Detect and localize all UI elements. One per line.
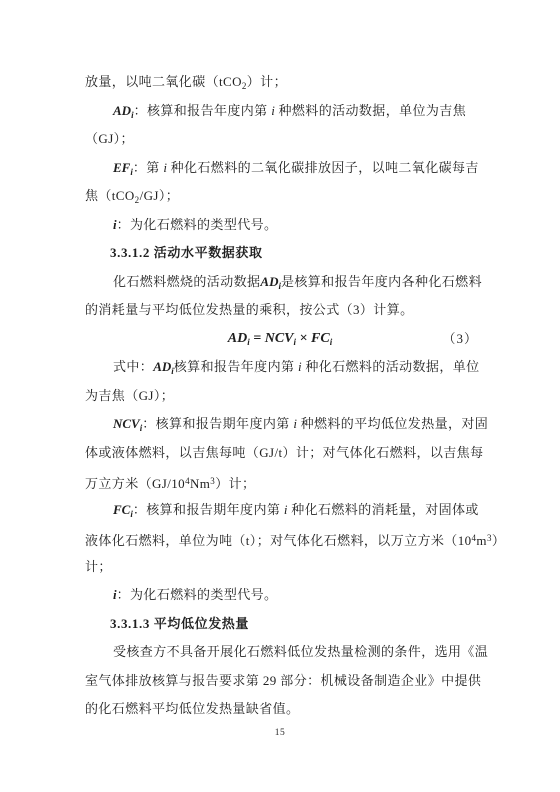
text-segment: 种燃料的活动数据，单位为吉焦 [275,103,466,118]
text-segment: 种燃料的平均低位发热量，对固 [297,416,488,431]
text-segment: FC [113,502,130,517]
text-segment: 体或液体燃料，以吉焦每吨（GJ/t）计；对气体化石燃料，以吉焦每 [85,445,483,460]
text-segment: AD [260,274,278,289]
paragraph-line: （GJ）； [0,125,560,154]
text-segment: 液体化石燃料，单位为吨（t）；对气体化石燃料，以万立方米（10 [85,533,472,548]
text-segment: 放量，以吨二氧化碳（tCO [85,74,242,89]
section-heading: 3.3.1.2 活动水平数据获取 [0,239,560,268]
text-segment: /GJ）； [140,188,180,203]
text-segment: 受核查方不具备开展化石燃料低位发热量检测的条件，选用《温 [113,644,488,659]
text-segment: 计； [85,559,112,574]
text-segment: = [250,331,265,346]
text-segment: ：核算和报告期年度内第 [133,502,284,517]
paragraph-line: i：为化石燃料的类型代号。 [0,581,560,610]
text-segment: ：核算和报告期年度内第 [142,416,293,431]
text-segment: 焦（tCO [85,188,135,203]
paragraph-line: NCVi：核算和报告期年度内第 i 种燃料的平均低位发热量，对固 [0,410,560,439]
text-segment: 的消耗量与平均低位发热量的乘积，按公式（3）计算。 [85,302,414,317]
text-segment: 3.3.1.3 平均低位发热量 [110,616,249,631]
text-segment: 的化石燃料平均低位发热量缺省值。 [85,701,299,716]
text-segment: 室气体排放核算与报告要求第 29 部分：机械设备制造企业》中提供 [85,673,481,688]
paragraph-line: 万立方米（GJ/104Nm3）计； [0,467,560,496]
document-page: 放量，以吨二氧化碳（tCO2）计；ADi：核算和报告年度内第 i 种燃料的活动数… [0,0,560,792]
paragraph-line: 的消耗量与平均低位发热量的乘积，按公式（3）计算。 [0,296,560,325]
paragraph-line: 为吉焦（GJ）； [0,382,560,411]
page-number: 15 [0,728,560,738]
text-segment: i [330,337,333,347]
paragraph-line: 液体化石燃料，单位为吨（t）；对气体化石燃料，以万立方米（104m3） [0,524,560,553]
text-segment: ）计； [247,74,287,89]
page-content: 放量，以吨二氧化碳（tCO2）计；ADi：核算和报告年度内第 i 种燃料的活动数… [0,0,560,724]
paragraph-line: 化石燃料燃烧的活动数据ADi是核算和报告年度内各种化石燃料 [0,268,560,297]
text-segment: （GJ）； [85,131,134,146]
text-segment: × [296,331,311,346]
paragraph-line: EFi：第 i 种化石燃料的二氧化碳排放因子，以吨二氧化碳每吉 [0,154,560,183]
text-segment: 种化石燃料的消耗量，对固体或 [288,502,479,517]
text-segment: 种化石燃料的活动数据，单位 [302,359,480,374]
text-segment: 是核算和报告年度内各种化石燃料 [281,274,482,289]
text-segment: 3.3.1.2 活动水平数据获取 [110,245,263,260]
text-segment: 为吉焦（GJ）； [85,388,174,403]
text-segment: ）计； [215,476,255,491]
formula-line: ADi = NCVi × FCi（3） [0,325,560,354]
text-segment: AD [228,331,247,346]
text-segment: ：第 [133,160,163,175]
text-segment: m [476,533,487,548]
paragraph-line: 室气体排放核算与报告要求第 29 部分：机械设备制造企业》中提供 [0,667,560,696]
text-segment: ） [492,533,505,548]
paragraph-line: 的化石燃料平均低位发热量缺省值。 [0,695,560,724]
paragraph-line: FCi：核算和报告期年度内第 i 种化石燃料的消耗量，对固体或 [0,496,560,525]
paragraph-line: 体或液体燃料，以吉焦每吨（GJ/t）计；对气体化石燃料，以吉焦每 [0,439,560,468]
text-segment: ：为化石燃料的类型代号。 [117,587,278,602]
equation-number: （3） [442,325,478,354]
paragraph-line: 式中：ADi核算和报告年度内第 i 种化石燃料的活动数据，单位 [0,353,560,382]
text-segment: 种化石燃料的二氧化碳排放因子，以吨二氧化碳每吉 [167,160,479,175]
text-segment: AD [113,103,131,118]
text-segment: ：为化石燃料的类型代号。 [117,217,278,232]
text-segment: 化石燃料燃烧的活动数据 [113,274,260,289]
text-segment: 核算和报告年度内第 [174,359,298,374]
text-segment: 式中： [113,359,153,374]
paragraph-line: 受核查方不具备开展化石燃料低位发热量检测的条件，选用《温 [0,638,560,667]
section-heading: 3.3.1.3 平均低位发热量 [0,610,560,639]
paragraph-line: 放量，以吨二氧化碳（tCO2）计； [0,68,560,97]
text-segment: NCV [265,331,294,346]
text-segment: EF [113,160,130,175]
text-segment: FC [311,331,330,346]
text-segment: Nm [190,476,210,491]
text-segment: NCV [113,416,140,431]
paragraph-line: i：为化石燃料的类型代号。 [0,211,560,240]
text-segment: ：核算和报告年度内第 [134,103,272,118]
paragraph-line: 计； [0,553,560,582]
text-segment: 万立方米（GJ/10 [85,476,185,491]
paragraph-line: 焦（tCO2/GJ）； [0,182,560,211]
paragraph-line: ADi：核算和报告年度内第 i 种燃料的活动数据，单位为吉焦 [0,97,560,126]
text-segment: AD [153,359,171,374]
